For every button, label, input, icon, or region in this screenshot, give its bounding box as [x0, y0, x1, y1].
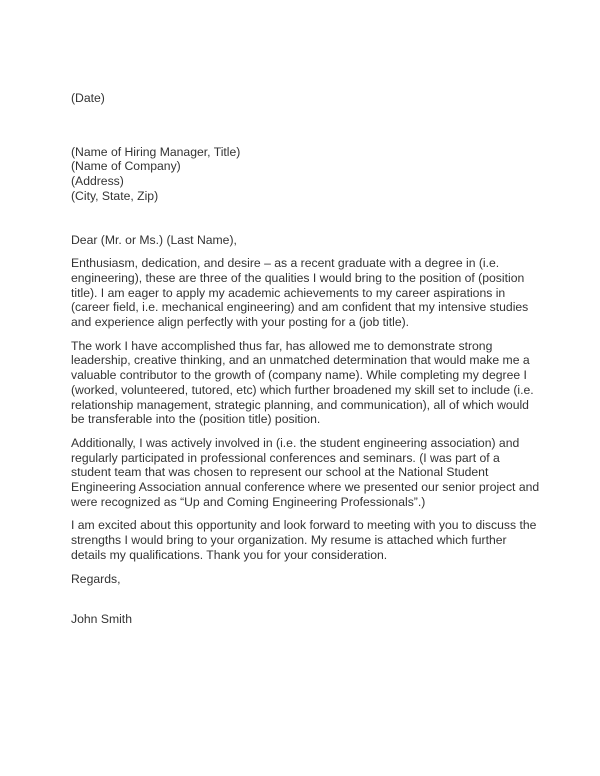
recipient-company-line: (Name of Company)	[71, 159, 543, 174]
body-paragraph-2: The work I have accomplished thus far, h…	[71, 339, 543, 427]
body-paragraph-4: I am excited about this opportunity and …	[71, 518, 543, 562]
body-paragraph-1: Enthusiasm, dedication, and desire – as …	[71, 256, 543, 330]
signature-name: John Smith	[71, 612, 543, 627]
letter-body: Enthusiasm, dedication, and desire – as …	[71, 256, 543, 562]
date-placeholder: (Date)	[71, 91, 543, 106]
recipient-name-line: (Name of Hiring Manager, Title)	[71, 145, 543, 160]
recipient-address-line: (Address)	[71, 174, 543, 189]
body-paragraph-3: Additionally, I was actively involved in…	[71, 436, 543, 510]
recipient-block: (Name of Hiring Manager, Title) (Name of…	[71, 145, 543, 204]
recipient-city-state-zip-line: (City, State, Zip)	[71, 189, 543, 204]
cover-letter-page: (Date) (Name of Hiring Manager, Title) (…	[0, 0, 600, 776]
salutation: Dear (Mr. or Ms.) (Last Name),	[71, 233, 543, 248]
closing-salutation: Regards,	[71, 572, 543, 587]
